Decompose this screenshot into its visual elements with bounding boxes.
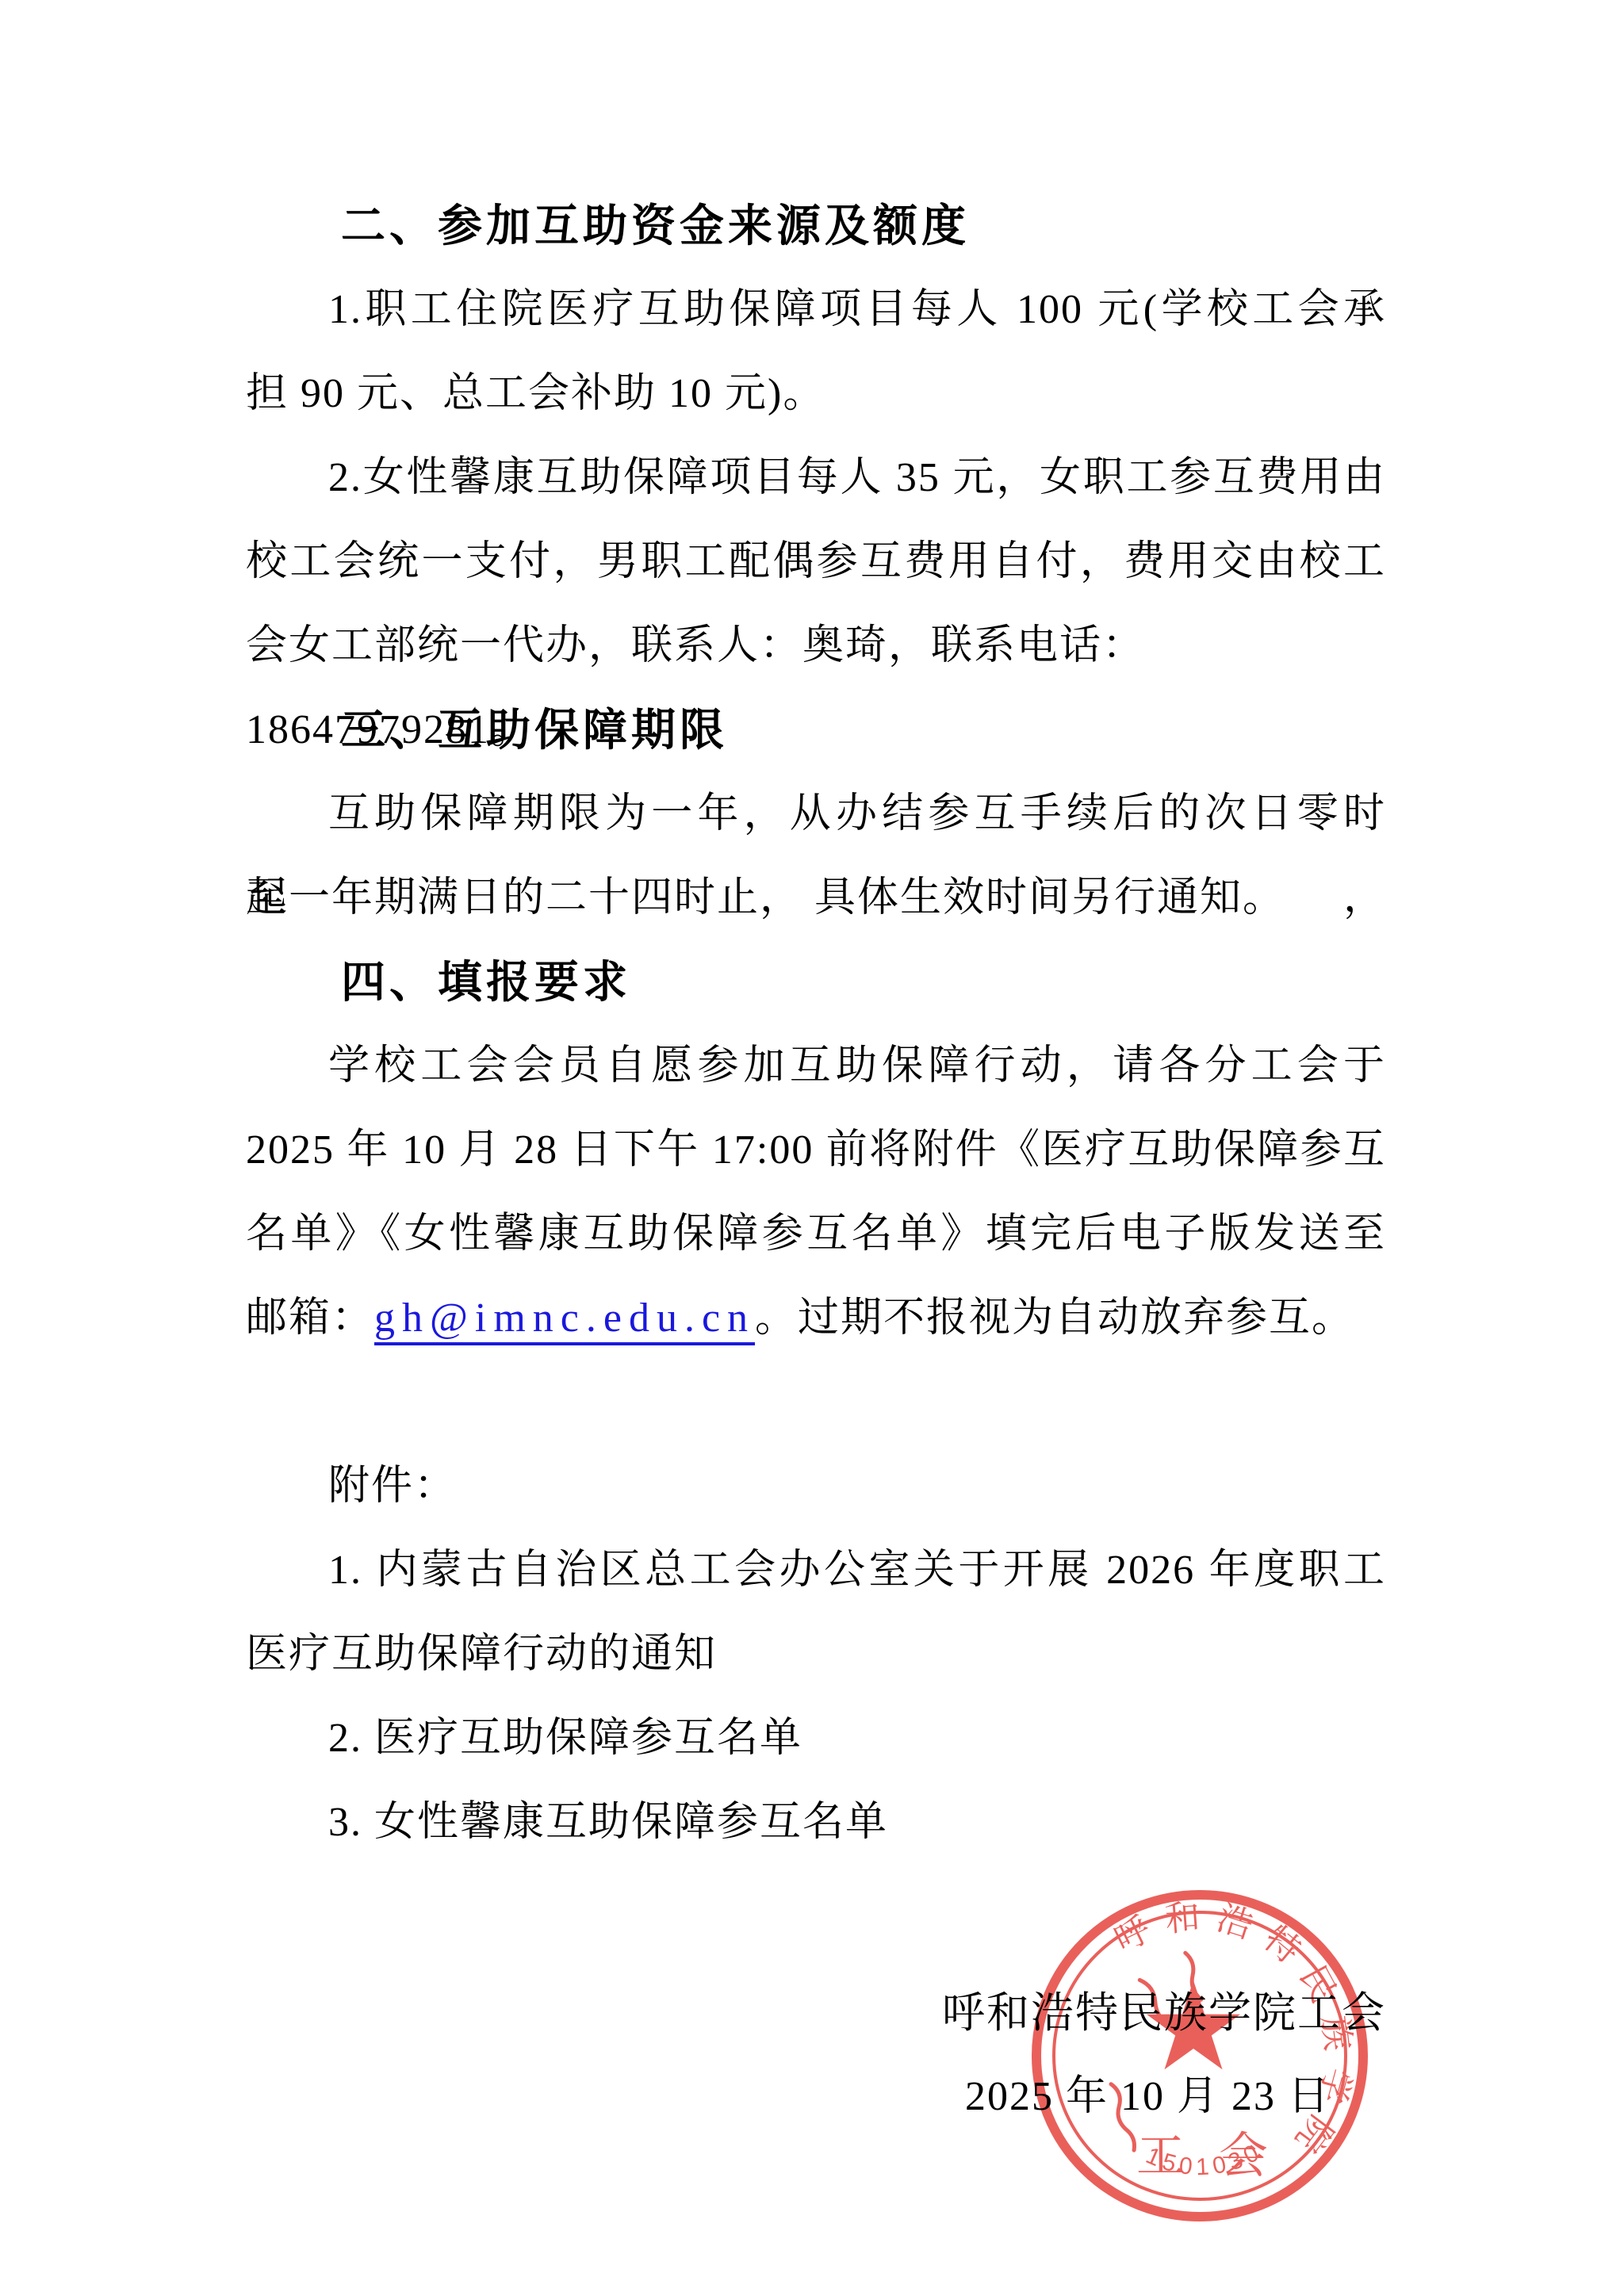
attachment-item: 医疗互助保障行动的通知 bbox=[246, 1613, 1386, 1697]
body-line: 1.职工住院医疗互助保障项目每人 100 元(学校工会承 bbox=[246, 268, 1386, 352]
body-line: 担 90 元、总工会补助 10 元)。 bbox=[246, 352, 1386, 436]
email-prefix: 邮箱： bbox=[246, 1295, 374, 1341]
body-line: 2.女性馨康互助保障项目每人 35 元，女职工参互费用由 bbox=[246, 436, 1386, 520]
body-line: 名单》《女性馨康互助保障参互名单》填完后电子版发送至 bbox=[246, 1192, 1386, 1276]
body-line: 2025 年 10 月 28 日下午 17:00 前将附件《医疗互助保障参互 bbox=[246, 1108, 1386, 1192]
email-suffix: 。过期不报视为自动放弃参互。 bbox=[755, 1295, 1354, 1341]
section-heading-filing: 四、填报要求 bbox=[246, 940, 1386, 1024]
email-line: 邮箱：gh@imnc.edu.cn。过期不报视为自动放弃参互。 bbox=[246, 1276, 1386, 1360]
body-line: 校工会统一支付，男职工配偶参互费用自付，费用交由校工 bbox=[246, 520, 1386, 604]
attachment-item: 2. 医疗互助保障参互名单 bbox=[246, 1697, 1386, 1781]
body-line: 至一年期满日的二十四时止， 具体生效时间另行通知。 bbox=[246, 856, 1386, 940]
attachment-item: 1. 内蒙古自治区总工会办公室关于开展 2026 年度职工 bbox=[246, 1529, 1386, 1613]
section-heading-period: 三、互助保障期限 bbox=[246, 688, 1386, 772]
attachments-label: 附件： bbox=[246, 1445, 1386, 1529]
section-heading-funding: 二、参加互助资金来源及额度 bbox=[246, 184, 1386, 268]
official-seal-stamp: 呼和浩特民族学院 1501030018297 工会 bbox=[1025, 1885, 1374, 2226]
blank-line bbox=[246, 1360, 1386, 1445]
star-icon bbox=[1147, 1980, 1240, 2069]
attachment-item: 3. 女性馨康互助保障参互名单 bbox=[246, 1781, 1386, 1865]
body-line: 互助保障期限为一年，从办结参互手续后的次日零时起， bbox=[246, 772, 1386, 856]
notice-body: 二、参加互助资金来源及额度 1.职工住院医疗互助保障项目每人 100 元(学校工… bbox=[0, 0, 1624, 2139]
body-line: 学校工会会员自愿参加互助保障行动，请各分工会于 bbox=[246, 1024, 1386, 1108]
seal-center-text: 工会 bbox=[1136, 2129, 1301, 2183]
email-link[interactable]: gh@imnc.edu.cn bbox=[374, 1295, 755, 1345]
body-line: 会女工部统一代办，联系人：奥琦，联系电话：18647979281。 bbox=[246, 604, 1386, 688]
